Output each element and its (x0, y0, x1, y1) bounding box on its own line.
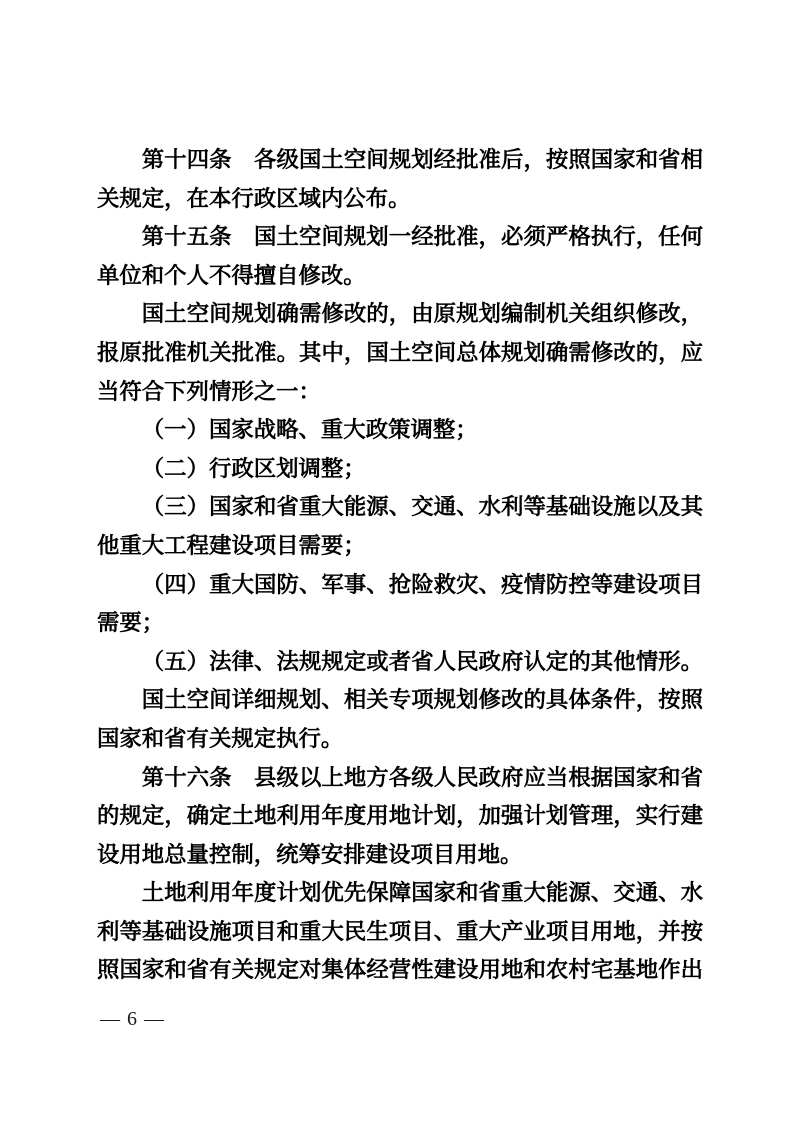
text-line: 的规定，确定土地利用年度用地计划，加强计划管理，实行建 (97, 797, 703, 836)
text-line: 照国家和省有关规定对集体经营性建设用地和农村宅基地作出 (97, 951, 703, 990)
text-line: 土地利用年度计划优先保障国家和省重大能源、交通、水 (97, 874, 703, 913)
text-line: 国土空间规划确需修改的，由原规划编制机关组织修改， (97, 295, 703, 334)
text-line: 国家和省有关规定执行。 (97, 720, 703, 759)
text-line: （一）国家战略、重大政策调整； (97, 411, 703, 450)
page-number: — 6 — (100, 1008, 165, 1030)
text-line: 关规定，在本行政区域内公布。 (97, 180, 703, 219)
text-line: （四）重大国防、军事、抢险救灾、疫情防控等建设项目 (97, 566, 703, 605)
page-footer: — 6 — (100, 1006, 165, 1032)
text-line: 国土空间详细规划、相关专项规划修改的具体条件，按照 (97, 681, 703, 720)
document-body: 第十四条 各级国土空间规划经批准后，按照国家和省相关规定，在本行政区域内公布。第… (97, 141, 703, 990)
text-line: 需要； (97, 604, 703, 643)
text-line: 报原批准机关批准。其中，国土空间总体规划确需修改的，应 (97, 334, 703, 373)
text-line: （三）国家和省重大能源、交通、水利等基础设施以及其 (97, 488, 703, 527)
text-line: 第十六条 县级以上地方各级人民政府应当根据国家和省 (97, 759, 703, 798)
text-line: 第十四条 各级国土空间规划经批准后，按照国家和省相 (97, 141, 703, 180)
text-line: 他重大工程建设项目需要； (97, 527, 703, 566)
text-line: （二）行政区划调整； (97, 450, 703, 489)
text-line: 当符合下列情形之一： (97, 373, 703, 412)
text-line: （五）法律、法规规定或者省人民政府认定的其他情形。 (97, 643, 703, 682)
text-line: 第十五条 国土空间规划一经批准，必须严格执行，任何 (97, 218, 703, 257)
document-page: 第十四条 各级国土空间规划经批准后，按照国家和省相关规定，在本行政区域内公布。第… (0, 0, 793, 1122)
text-line: 单位和个人不得擅自修改。 (97, 257, 703, 296)
text-line: 设用地总量控制，统筹安排建设项目用地。 (97, 836, 703, 875)
text-line: 利等基础设施项目和重大民生项目、重大产业项目用地，并按 (97, 913, 703, 952)
